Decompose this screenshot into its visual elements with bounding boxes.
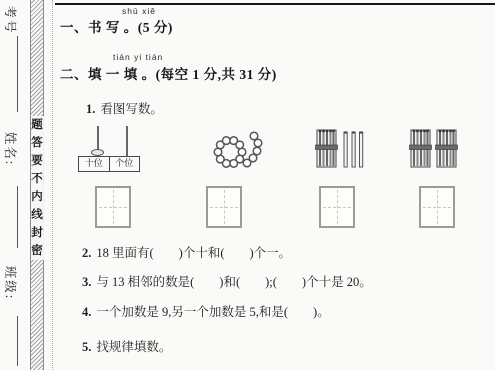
seal-line-char: 不 [31,170,44,188]
question-3-text: 与 13 相邻的数是( )和( );( )个十是 20。 [96,275,371,289]
answer-box-1[interactable] [95,186,131,228]
grid-guide-vertical [113,190,114,224]
margin-divider-line [52,0,53,370]
abacus-tens-label: 十位 [79,157,110,171]
seal-line-char: 封 [31,224,44,242]
question-1-text: 看图写数。 [100,102,163,116]
question-4-text: 一个加数是 9,另一个加数是 5,和是( )。 [96,305,329,319]
class-write-line[interactable] [17,316,18,366]
abacus-ones-rod [126,126,128,156]
question-2-text: 18 里面有( )个十和( )个一。 [96,246,291,260]
sticks-one-bundle-and-three-figure [312,124,368,172]
question-3: 3.与 13 相邻的数是( )和( );( )个十是 20。 [82,272,372,290]
section2-title: 二、填 一 填 。(每空 1 分,共 31 分) [60,63,277,83]
abacus-bead-icon [91,149,104,156]
answer-box-3[interactable] [319,186,355,228]
abacus-figure: 十位 个位 [78,126,140,172]
seal-line-char: 答 [31,134,44,152]
seal-line-char: 线 [31,206,44,224]
sticks-two-bundles-figure [406,124,464,172]
answer-box-2[interactable] [206,186,242,228]
question-5-text: 找规律填数。 [96,340,171,354]
section2-pinyin: tián yi tián [113,52,163,62]
student-name-label: 姓名: [2,118,20,180]
top-border-line [55,3,495,5]
question-2: 2.18 里面有( )个十和( )个一。 [82,243,291,261]
seal-line-char: 内 [31,188,44,206]
abacus-ones-label: 个位 [110,157,140,171]
seal-line-char: 题 [31,116,44,134]
abacus-base: 十位 个位 [78,156,140,172]
class-label: 班级: [2,252,20,314]
grid-guide-vertical [337,190,338,224]
student-name-write-line[interactable] [17,186,18,248]
grid-guide-vertical [437,190,438,224]
question-4-number: 4. [82,305,91,319]
bead-string-figure [210,126,274,172]
seal-line-text: 题 答 要 不 内 线 封 密 [30,116,44,260]
section1-title: 一、书 写 。(5 分) [60,16,173,36]
question-3-number: 3. [82,275,91,289]
grid-guide-vertical [224,190,225,224]
question-2-number: 2. [82,246,91,260]
exam-number-write-line[interactable] [17,36,18,112]
exam-paper: 考号 姓名: 班级: 题 答 要 不 内 线 封 密 shū xiě 一、书 写… [0,0,495,370]
question-5: 5.找规律填数。 [82,337,171,355]
section1-pinyin: shū xiě [122,6,156,16]
question-1-number: 1. [86,102,95,116]
question-5-number: 5. [82,340,91,354]
seal-line-char: 要 [31,152,44,170]
seal-line-char: 密 [31,242,44,260]
question-4: 4.一个加数是 9,另一个加数是 5,和是( )。 [82,302,330,320]
answer-box-4[interactable] [419,186,455,228]
question-1: 1.看图写数。 [86,99,163,117]
